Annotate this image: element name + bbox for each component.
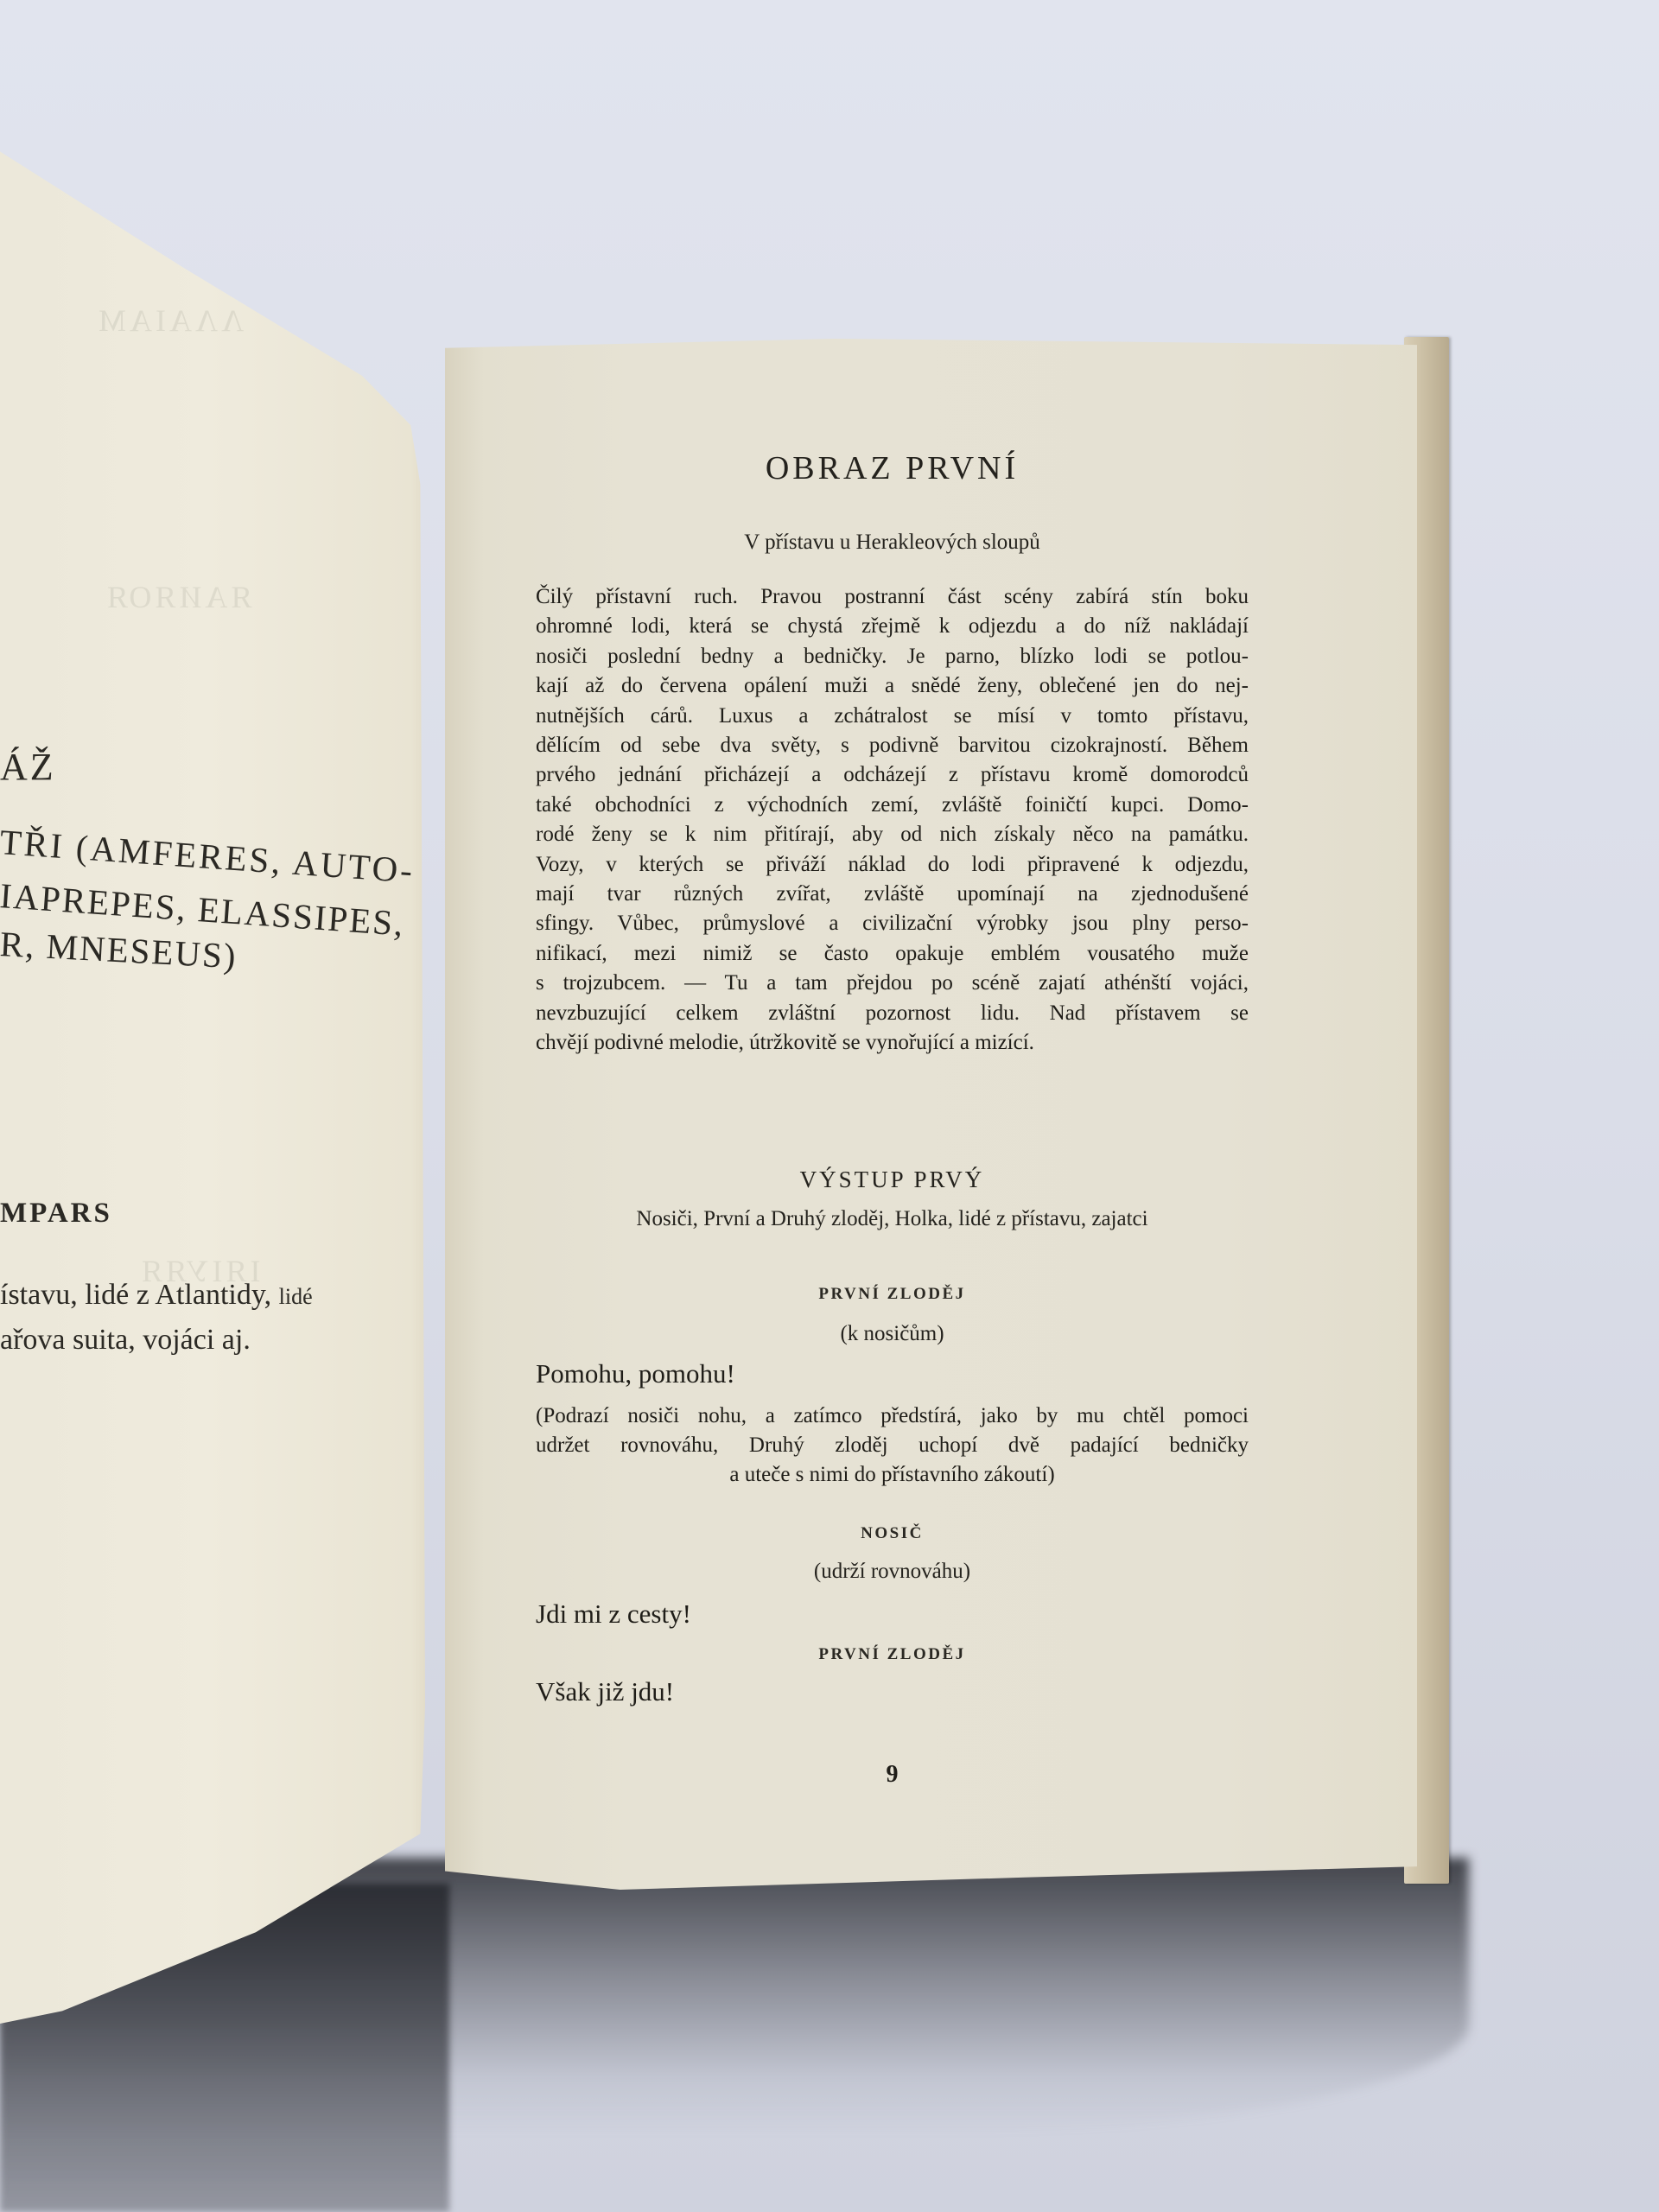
- paragraph-line: ohromné lodi, která se chystá zřejmě k o…: [536, 612, 1249, 641]
- left-page-body-line: ístavu, lidé z Atlantidy, lidé: [0, 1279, 313, 1312]
- left-page-body-text: ístavu, lidé z Atlantidy,: [0, 1279, 271, 1311]
- paragraph-line: také obchodníci z východních zemí, zvláš…: [536, 791, 1249, 820]
- paragraph-line: Čilý přístavní ruch. Pravou postranní čá…: [536, 582, 1249, 612]
- show-through-text: ЯАИЯОЯ: [104, 579, 251, 615]
- act-title: OBRAZ PRVNÍ: [536, 449, 1249, 487]
- left-page-body-line: ařova suita, vojáci aj.: [0, 1324, 251, 1357]
- paragraph-line: Vozy, v kterých se přiváží náklad do lod…: [536, 850, 1249, 880]
- paragraph-line: rodé ženy se k nim přitírají, aby od nic…: [536, 820, 1249, 849]
- parenthetical: (k nosičům): [536, 1322, 1249, 1346]
- dialogue-line: Pomohu, pomohu!: [536, 1358, 735, 1389]
- scene-title: VÝSTUP PRVÝ: [536, 1166, 1249, 1193]
- dialogue-line: Jdi mi z cesty!: [536, 1599, 691, 1630]
- paragraph-line: nosiči poslední bedny a bedničky. Je par…: [536, 642, 1249, 671]
- dialogue-line: Však již jdu!: [536, 1676, 674, 1707]
- left-page-cast-line: R, MNESEUS): [0, 923, 238, 976]
- paragraph-line: nifikací, mezi nimiž se často opakuje em…: [536, 939, 1249, 969]
- direction-line: a uteče s nimi do přístavního zákoutí): [536, 1460, 1249, 1490]
- speaker-name: PRVNÍ ZLODĚJ: [536, 1285, 1249, 1304]
- speaker-name: PRVNÍ ZLODĚJ: [536, 1645, 1249, 1664]
- paragraph-line: dělícím od sebe dva světy, s podivně bar…: [536, 731, 1249, 760]
- paragraph-line: s trojzubcem. — Tu a tam přejdou po scén…: [536, 969, 1249, 998]
- parenthetical: (udrží rovnováhu): [536, 1560, 1249, 1584]
- paragraph-line: mají tvar různých zvířat, zvláště upomín…: [536, 880, 1249, 909]
- speaker-name: NOSIČ: [536, 1524, 1249, 1543]
- paragraph-line: chvějí podivné melodie, útržkovitě se vy…: [536, 1028, 1249, 1058]
- direction-line: (Podrazí nosiči nohu, a zatímco předstír…: [536, 1402, 1249, 1431]
- page-number: 9: [536, 1761, 1249, 1789]
- paragraph-line: kají až do červena opálení muži a snědé …: [536, 671, 1249, 701]
- left-page-body-text: lidé: [279, 1284, 313, 1309]
- scene-cast-list: Nosiči, První a Druhý zloděj, Holka, lid…: [536, 1207, 1249, 1231]
- page-text-block: OBRAZ PRVNÍ V přístavu u Herakleových sl…: [536, 339, 1249, 1890]
- left-page-heading-fragment: ÁŽ: [0, 745, 56, 789]
- opening-stage-direction: Čilý přístavní ruch. Pravou postranní čá…: [536, 582, 1249, 1058]
- inline-stage-direction: (Podrazí nosiči nohu, a zatímco předstír…: [536, 1402, 1249, 1490]
- right-page: OBRAZ PRVNÍ V přístavu u Herakleových sl…: [445, 339, 1417, 1890]
- paragraph-line: sfingy. Vůbec, průmyslové a civilizační …: [536, 909, 1249, 938]
- direction-line: udržet rovnováhu, Druhý zloděj uchopí dv…: [536, 1431, 1249, 1460]
- left-page-subheading: MPARS: [0, 1198, 112, 1230]
- paragraph-line: prvého jednání přicházejí a odcházejí z …: [536, 760, 1249, 790]
- paragraph-line: nutnějších cárů. Luxus a zchátralost se …: [536, 702, 1249, 731]
- paragraph-line: nevzbuzující celkem zvláštní pozornost l…: [536, 999, 1249, 1028]
- left-page: ΛΛΑΙΑΜ ЯАИЯОЯ ІЯІУЯЯ ÁŽ TŘI (AMFERES, AU…: [0, 130, 449, 2100]
- setting-subtitle: V přístavu u Herakleových sloupů: [536, 531, 1249, 555]
- show-through-text: ΛΛΑΙΑΜ: [95, 302, 244, 339]
